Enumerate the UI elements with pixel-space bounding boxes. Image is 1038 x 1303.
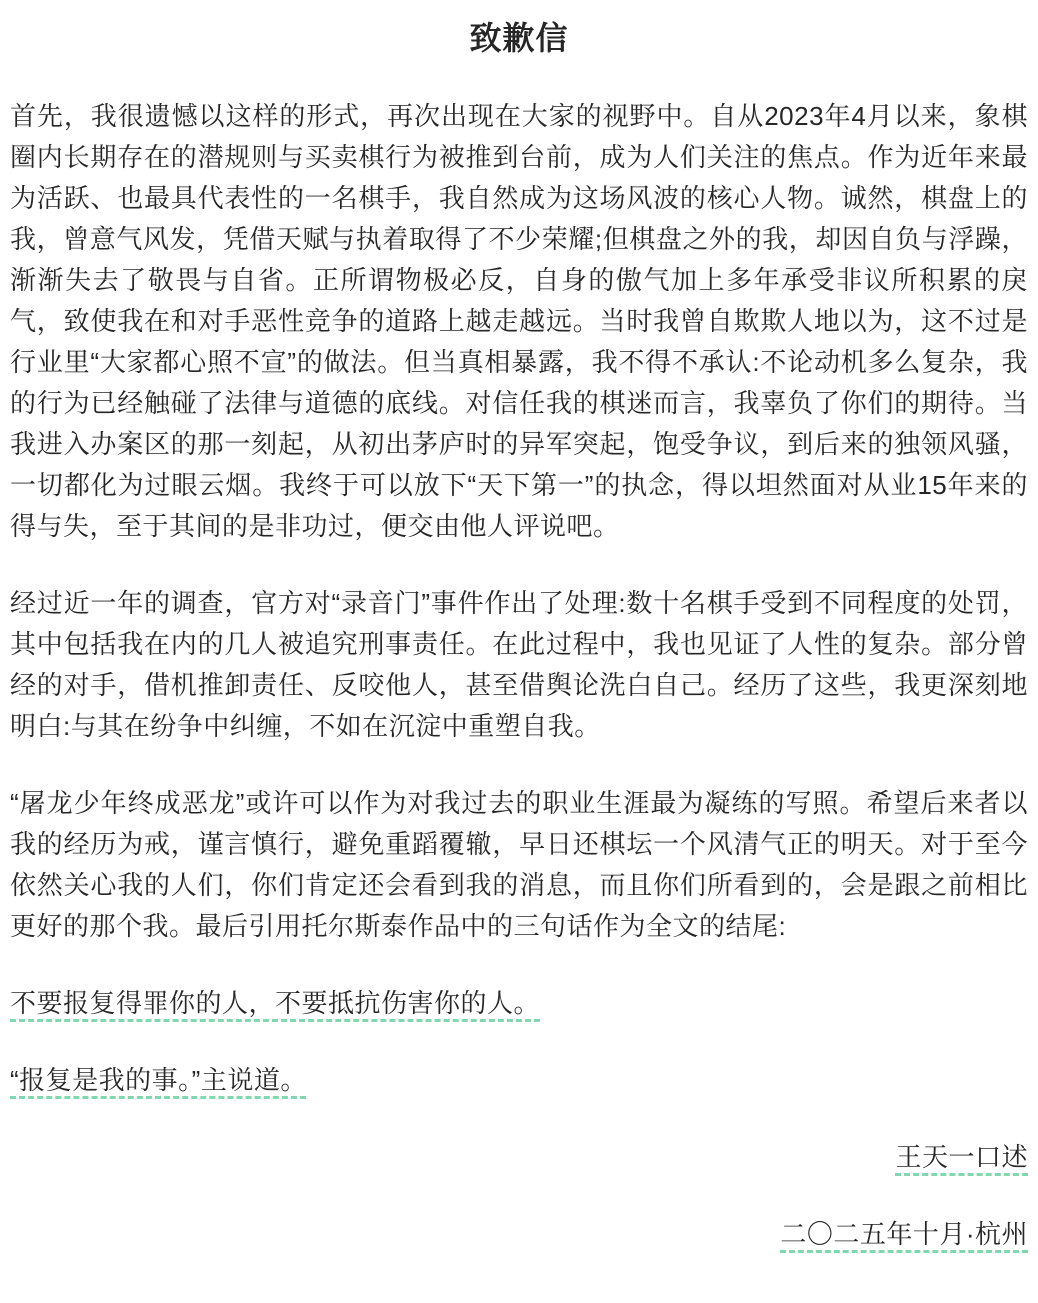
dateline: 二〇二五年十月·杭州: [780, 1219, 1028, 1249]
paragraph-reflection: “屠龙少年终成恶龙”或许可以作为对我过去的职业生涯最为凝练的写照。希望后来者以我…: [10, 783, 1028, 947]
paragraph-intro: 首先，我很遗憾以这样的形式，再次出现在大家的视野中。自从2023年4月以来，象棋…: [10, 96, 1028, 547]
tolstoy-quote-2: “报复是我的事。”主说道。: [10, 1065, 307, 1095]
page: { "letter": { "title": "致歉信", "paragraph…: [0, 0, 1038, 1303]
tolstoy-quote-line-1: 不要报复得罪你的人，不要抵抗伤害你的人。: [10, 983, 1028, 1024]
paragraph-investigation: 经过近一年的调查，官方对“录音门”事件作出了处理:数十名棋手受到不同程度的处罚，…: [10, 583, 1028, 747]
tolstoy-quote-line-2: “报复是我的事。”主说道。: [10, 1060, 1028, 1101]
tolstoy-quote-1: 不要报复得罪你的人，不要抵抗伤害你的人。: [10, 988, 540, 1018]
apology-letter: 致歉信 首先，我很遗憾以这样的形式，再次出现在大家的视野中。自从2023年4月以…: [10, 16, 1028, 1255]
signature: 王天一口述: [895, 1142, 1028, 1172]
signature-line: 王天一口述: [10, 1137, 1028, 1178]
letter-title: 致歉信: [10, 16, 1028, 60]
dateline-line: 二〇二五年十月·杭州: [10, 1214, 1028, 1255]
